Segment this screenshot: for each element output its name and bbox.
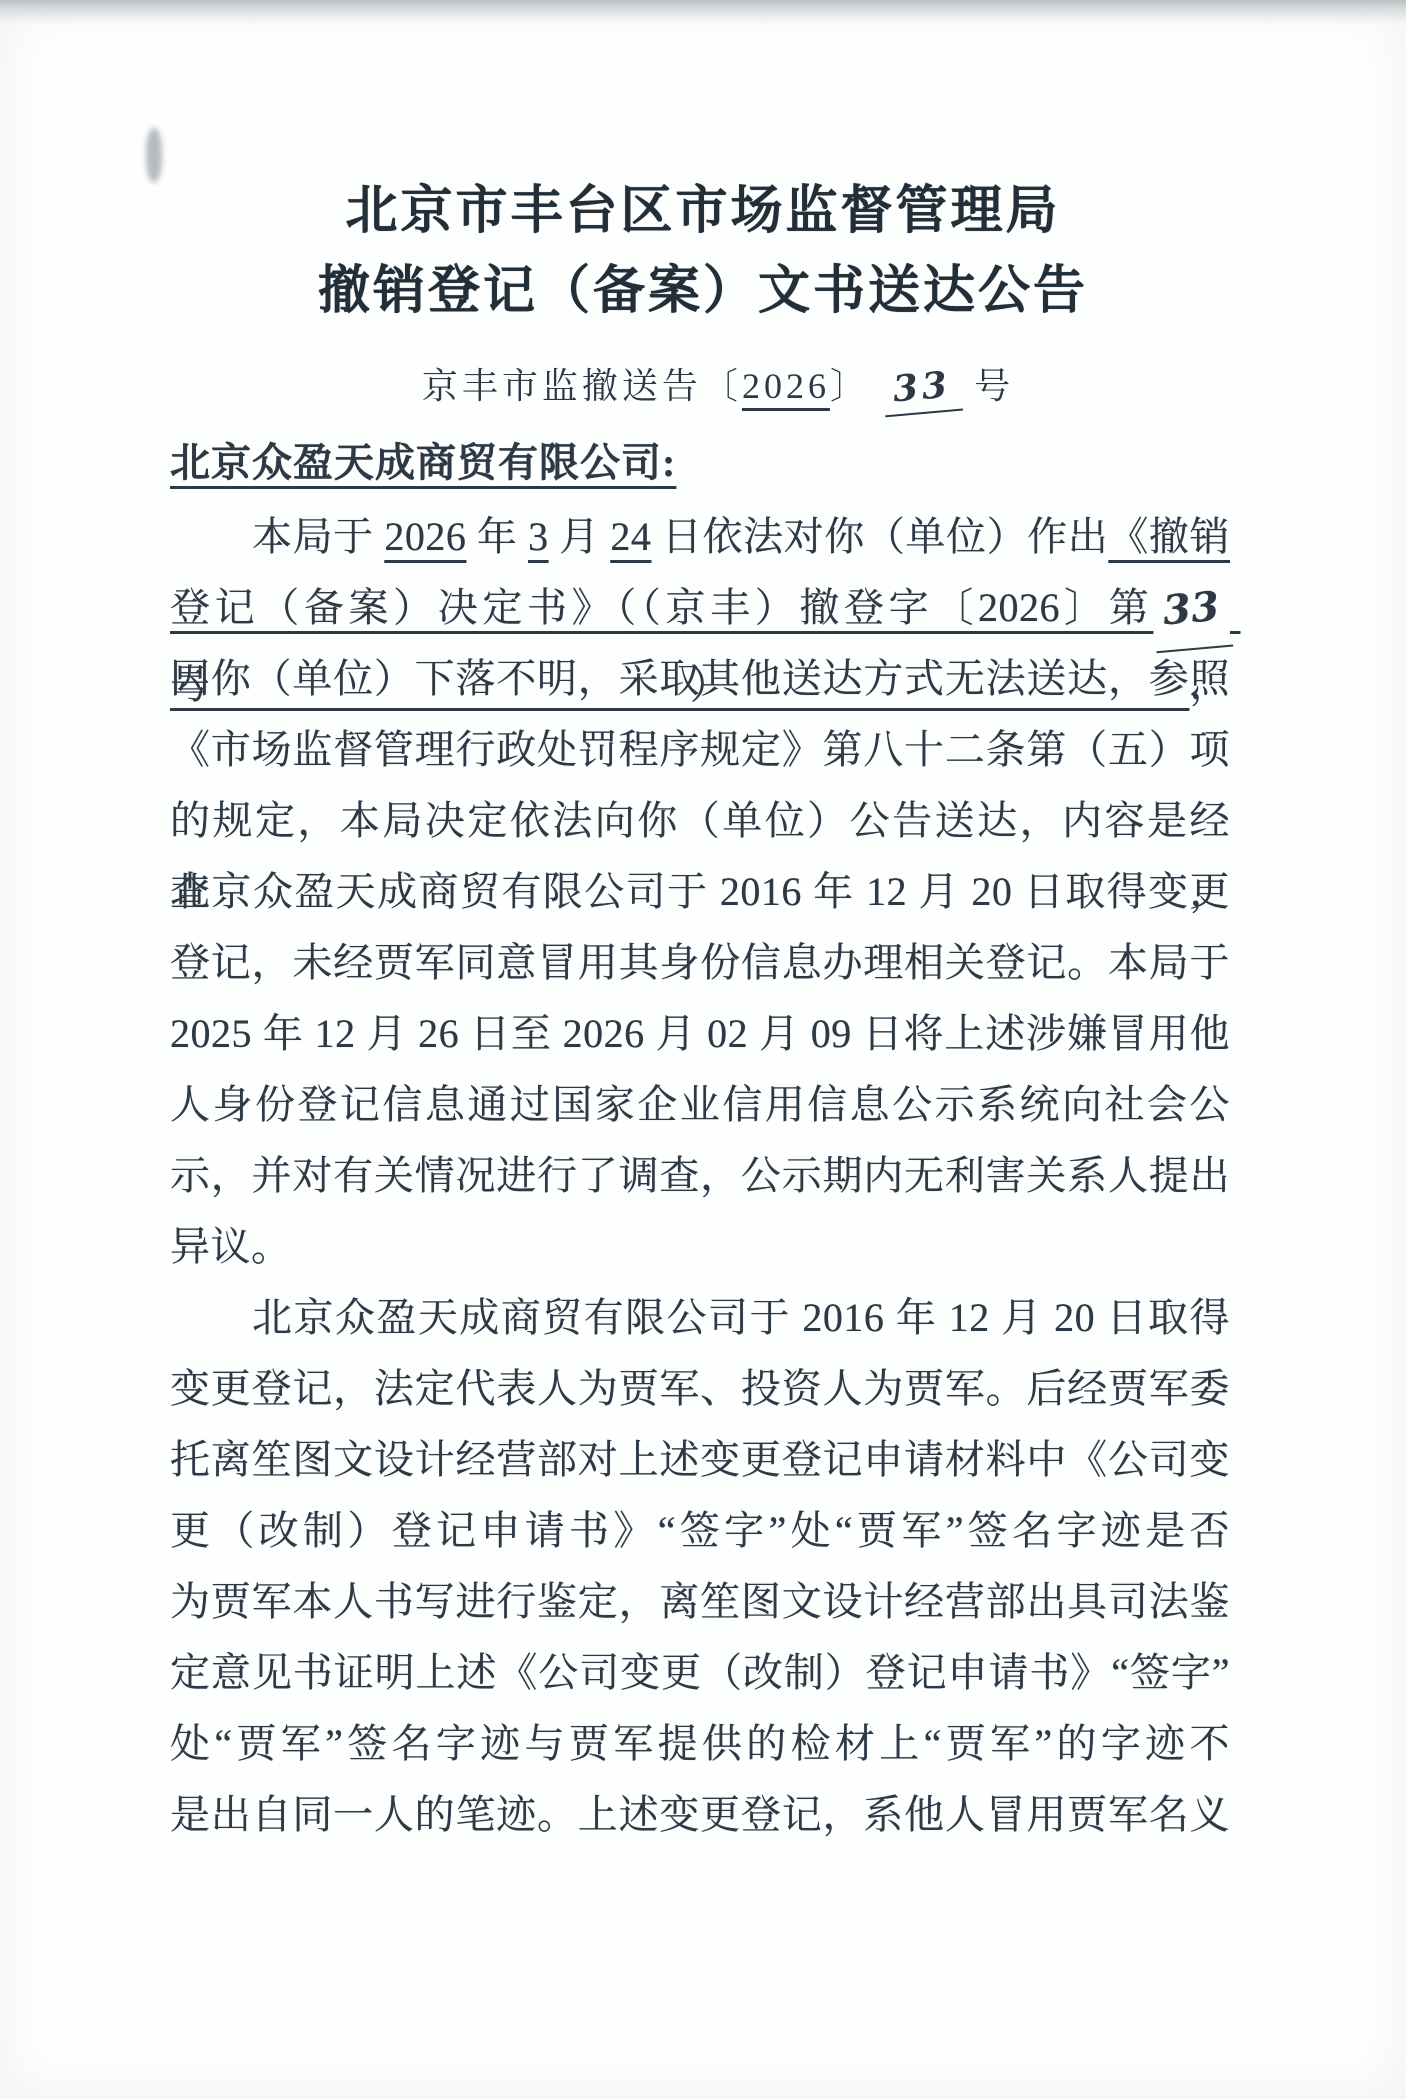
scanned-document-page: 北京市丰台区市场监督管理局 撤销登记（备案）文书送达公告 京丰市监撤送告〔202… [0,0,1406,2099]
text-segment: 日依法对你（单位）作出 [651,514,1108,559]
text-segment: 《撤销 [1108,514,1230,559]
text-segment: 示，并对有关情况进行了调查，公示期内无利害关系人提出 [170,1153,1230,1198]
text-segment: 北京众盈天成商贸有限公司于 2016 年 12 月 20 日取得变更 [170,869,1230,914]
addressee-line: 北京众盈天成商贸有限公司: [170,431,1230,495]
document-title-line-2: 撤销登记（备案）文书送达公告 [40,252,1366,332]
document-number-line: 京丰市监撤送告〔2026〕 33 号 [0,358,1406,413]
body-line: 的规定，本局决定依法向你（单位）公告送达，内容是经查， [170,785,1230,856]
body-line: 登记（备案）决定书》（（京丰）撤登字〔2026〕第33 号）， [170,572,1230,643]
text-segment: 本局于 [252,514,384,559]
body-line: 是出自同一人的笔迹。上述变更登记，系他人冒用贾军名义 [170,1779,1230,1850]
text-segment: 托离笙图文设计经营部对上述变更登记申请材料中《公司变 [170,1437,1230,1482]
body-line: 2025 年 12 月 26 日至 2026 月 02 月 09 日将上述涉嫌冒… [170,998,1230,1069]
text-segment: 因你（单位）下落不明，采取其他送达方式无法送达，参照 [170,656,1230,701]
text-segment: 人身份登记信息通过国家企业信用信息公示系统向社会公 [170,1082,1230,1127]
text-segment: 登记（备案）决定书》（（京丰）撤登字〔2026〕第 [170,585,1153,630]
document-title-line-1: 北京市丰台区市场监督管理局 [40,172,1366,252]
text-segment: 24 [610,514,651,559]
body-line: 《市场监督管理行政处罚程序规定》第八十二条第（五）项 [170,714,1230,785]
document-title: 北京市丰台区市场监督管理局 撤销登记（备案）文书送达公告 [40,172,1366,332]
text-segment: 北京众盈天成商贸有限公司于 2016 年 12 月 20 日取得 [252,1295,1230,1340]
text-segment: 为贾军本人书写进行鉴定，离笙图文设计经营部出具司法鉴 [170,1579,1230,1624]
text-segment: 京丰市监撤送告〔 [422,366,742,406]
text-segment: 《市场监督管理行政处罚程序规定》第八十二条第（五）项 [170,727,1230,772]
body-line: 示，并对有关情况进行了调查，公示期内无利害关系人提出 [170,1140,1230,1211]
text-segment: 变更登记，法定代表人为贾军、投资人为贾军。后经贾军委 [170,1366,1230,1411]
body-line: 变更登记，法定代表人为贾军、投资人为贾军。后经贾军委 [170,1353,1230,1424]
body-line: 登记，未经贾军同意冒用其身份信息办理相关登记。本局于 [170,927,1230,998]
body-line: 本局于 2026 年 3 月 24 日依法对你（单位）作出《撤销 [170,501,1230,572]
body-line: 异议。 [170,1211,1230,1282]
body-line: 为贾军本人书写进行鉴定，离笙图文设计经营部出具司法鉴 [170,1566,1230,1637]
text-segment: 是出自同一人的笔迹。上述变更登记，系他人冒用贾军名义 [170,1792,1230,1837]
text-segment: 定意见书证明上述《公司变更（改制）登记申请书》“签字” [170,1650,1230,1695]
text-segment: 2026 [742,366,830,406]
text-segment: 北京众盈天成商贸有限公司: [170,440,676,485]
text-segment: 处“贾军”签名字迹与贾军提供的检材上“贾军”的字迹不 [170,1721,1230,1766]
body-line: 处“贾军”签名字迹与贾军提供的检材上“贾军”的字迹不 [170,1708,1230,1779]
document-body: 北京众盈天成商贸有限公司: 本局于 2026 年 3 月 24 日依法对你（单位… [170,431,1230,1850]
body-line: 定意见书证明上述《公司变更（改制）登记申请书》“签字” [170,1637,1230,1708]
text-segment: 3 [528,514,549,559]
handwritten-number: 33 [1150,570,1233,653]
body-text: 本局于 2026 年 3 月 24 日依法对你（单位）作出《撤销登记（备案）决定… [170,501,1230,1850]
body-line: 托离笙图文设计经营部对上述变更登记申请材料中《公司变 [170,1424,1230,1495]
handwritten-number: 33 [881,363,963,418]
text-segment: 登记，未经贾军同意冒用其身份信息办理相关登记。本局于 [170,940,1230,985]
body-line: 更（改制）登记申请书》“签字”处“贾军”签名字迹是否 [170,1495,1230,1566]
body-line: 北京众盈天成商贸有限公司于 2016 年 12 月 20 日取得变更 [170,856,1230,927]
text-segment: 更（改制）登记申请书》“签字”处“贾军”签名字迹是否 [170,1508,1230,1553]
body-line: 因你（单位）下落不明，采取其他送达方式无法送达，参照 [170,643,1230,714]
scan-top-edge-shading [0,0,1406,24]
text-segment: 2025 年 12 月 26 日至 2026 月 02 月 09 日将上述涉嫌冒… [170,1011,1230,1056]
text-segment: 2026 [384,514,466,559]
text-segment: 年 [466,514,528,559]
body-line: 人身份登记信息通过国家企业信用信息公示系统向社会公 [170,1069,1230,1140]
text-segment: 异议。 [170,1224,292,1269]
text-segment: 号 [961,366,1014,406]
text-segment: 〕 [830,366,883,406]
body-line: 北京众盈天成商贸有限公司于 2016 年 12 月 20 日取得 [170,1282,1230,1353]
text-segment: 月 [549,514,611,559]
